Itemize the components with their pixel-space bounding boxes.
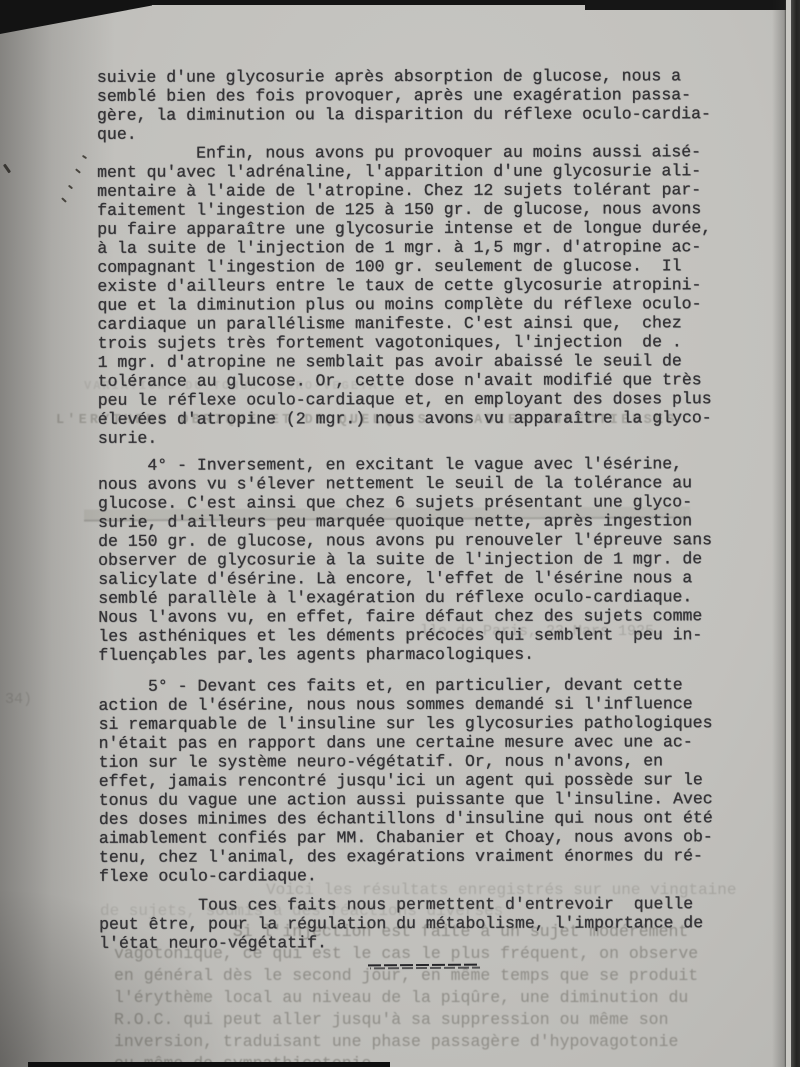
text-line: surie.: [98, 427, 738, 448]
text-line: 1 mgr. d'atropine ne semblait pas avoir …: [98, 351, 738, 372]
text-line: de 150 gr. de glucose, nous avons pu ren…: [98, 530, 738, 551]
text-line: peut être, pour la régulation du métabol…: [99, 913, 739, 934]
paragraph-enfin: Enfin, nous avons pu provoquer au moins …: [97, 142, 738, 448]
text-line: Nous l'avons vu, en effet, faire défaut …: [98, 606, 738, 627]
paragraph-conclusion: Tous ces faits nous permettent d'entrevo…: [99, 894, 739, 953]
text-line: suivie d'une glycosurie après absorption…: [97, 66, 737, 87]
scan-corner-top-left: [0, 0, 152, 34]
body-text: suivie d'une glycosurie après absorption…: [97, 66, 739, 953]
text-line: compagnant l'ingestion de 100 gr. seulem…: [97, 256, 737, 277]
text-line: 4° - Inversement, en excitant le vague a…: [98, 454, 738, 475]
text-line: des doses minimes des échantillons d'ins…: [99, 808, 739, 829]
text-line: les asthéniques et les déments précoces …: [98, 625, 738, 646]
text-line: mentaire à l'aide de l'atropine. Chez 12…: [97, 180, 737, 201]
text-line: inversion, traduisant une phase passagèr…: [114, 1031, 698, 1053]
text-line: trois sujets très fortement vagotoniques…: [98, 332, 738, 353]
book-binding-edge: [791, 0, 800, 1067]
text-line: pu faire apparaître une glycosurie inten…: [97, 218, 737, 239]
text-line: que et la diminution plus ou moins compl…: [97, 294, 737, 315]
text-line: n'était pas en rapport dans une certaine…: [99, 732, 739, 753]
text-line: flexe oculo-cardiaque.: [99, 865, 739, 886]
text-line: nous avons vu s'élever nettement le seui…: [98, 473, 738, 494]
text-line: ment qu'avec l'adrénaline, l'apparition …: [97, 161, 737, 182]
bleedthrough-margin-number: 34): [5, 691, 32, 708]
scan-edge-top-right: [585, 0, 800, 10]
text-line: surie, d'ailleurs peu marquée quoique ne…: [98, 511, 738, 532]
text-line: cardiaque un parallélisme manifeste. C'e…: [97, 313, 737, 334]
pen-mark: [61, 197, 67, 203]
ink-speck: [248, 659, 252, 663]
text-line: si remarquable de l'insuline sur les gly…: [99, 713, 739, 734]
pen-mark: [82, 155, 87, 160]
text-line: R.O.C. qui peut aller jusqu'à sa suppres…: [114, 1009, 698, 1031]
pen-mark: [3, 164, 11, 174]
text-line: semblé parallèle à l'exagération du réfl…: [98, 587, 738, 608]
text-line: existe d'ailleurs entre le taux de cette…: [97, 275, 737, 296]
scan-edge-bottom-left: [28, 1062, 390, 1067]
typed-dash-separator: [368, 964, 480, 970]
text-line: glucose. C'est ainsi que chez 6 sujets p…: [98, 492, 738, 513]
text-line: peu le réflexe oculo-cardiaque et, en em…: [98, 389, 738, 410]
text-line: tonus du vague une action aussi puissant…: [99, 789, 739, 810]
text-line: observer de glycosurie à la suite de l'i…: [98, 549, 738, 570]
text-line: que.: [97, 123, 737, 144]
text-line: salicylate d'ésérine. Là encore, l'effet…: [98, 568, 738, 589]
text-line: aimablement confiés par MM. Chabanier et…: [99, 827, 739, 848]
text-line: l'érythème local au niveau de la piqûre,…: [114, 987, 698, 1009]
text-line: 5° - Devant ces faits et, en particulier…: [98, 675, 738, 696]
text-line: à la suite de l'injection de 1 mgr. à 1,…: [97, 237, 737, 258]
text-line: fluençables par les agents pharmacologiq…: [98, 644, 738, 665]
text-line: l'état neuro-végétatif.: [99, 932, 739, 953]
text-line: tion sur le système neuro-végétatif. Or,…: [99, 751, 739, 772]
pen-mark: [68, 185, 73, 190]
text-line: élevées d'atropine (2 mgr.) nous avons v…: [98, 408, 738, 429]
paragraph-5-devant-ces-faits: 5° - Devant ces faits et, en particulier…: [98, 675, 739, 886]
text-line: tolérance au glucose. Or, cette dose n'a…: [98, 370, 738, 391]
paragraph-continuation: suivie d'une glycosurie après absorption…: [97, 66, 737, 144]
text-line: Tous ces faits nous permettent d'entrevo…: [99, 894, 739, 915]
text-line: faitement l'ingestion de 125 à 150 gr. d…: [97, 199, 737, 220]
page-gutter-shade: [772, 0, 786, 1067]
text-line: effet, jamais rencontré jusqu'ici un age…: [99, 770, 739, 791]
text-line: action de l'ésérine, nous nous sommes de…: [98, 694, 738, 715]
pen-mark: [75, 168, 81, 173]
text-line: tenu, chez l'animal, des exagérations vr…: [99, 846, 739, 867]
text-line: semblé bien des fois provoquer, après un…: [97, 85, 737, 106]
paragraph-4-inversement: 4° - Inversement, en excitant le vague a…: [98, 454, 739, 665]
text-line: Enfin, nous avons pu provoquer au moins …: [97, 142, 737, 163]
scanned-document-page: VARIATIONS DU TONUS NEURO-VEGETATIF L'ER…: [0, 0, 800, 1067]
text-line: gère, la diminution ou la disparition du…: [97, 104, 737, 125]
